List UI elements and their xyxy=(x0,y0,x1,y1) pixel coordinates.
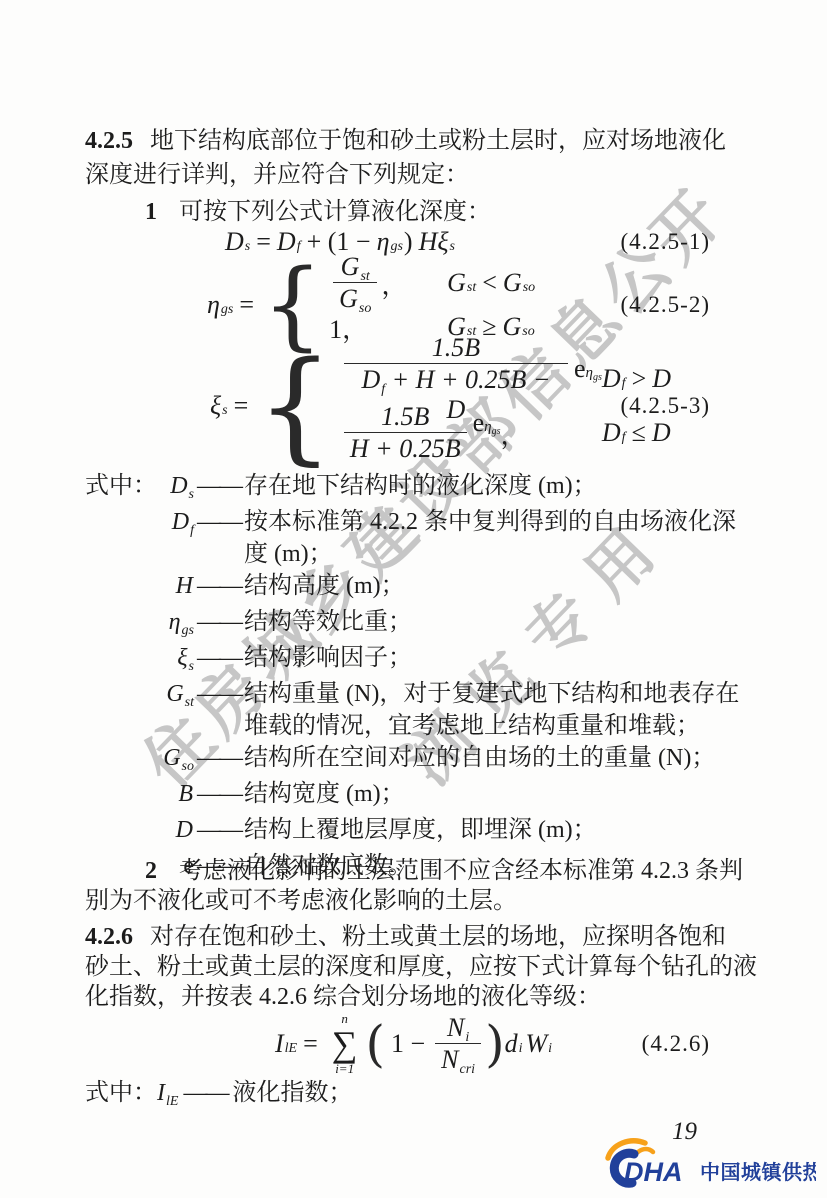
clause-4-2-5: 4.2.5地下结构底部位于饱和砂土或粉土层时，应对场地液化 深度进行详判，并应符… xyxy=(85,124,748,192)
definition-row: ηgs —— 结构等效比重； xyxy=(85,606,748,642)
formula-label: (4.2.5-2) xyxy=(621,292,710,318)
dha-logo-graphic: DHA 中国城镇供热协会 xyxy=(598,1136,816,1190)
definition-row: 式中： Ds —— 存在地下结构时的液化深度 (m)； xyxy=(85,470,748,506)
fraction: 1.5B H + 0.25B xyxy=(344,402,467,464)
fraction: Ni Ncri xyxy=(435,1013,481,1075)
clause-4-2-6: 4.2.6对存在饱和砂土、粉土或黄土层的场地，应探明各饱和 砂土、粉土或黄土层的… xyxy=(85,922,748,1012)
clause-4-2-5-item-2: 2考虑液化影响的土层范围不应含经本标准第 4.2.3 条判 别为不液化或可不考虑… xyxy=(85,856,748,916)
definition-row: Gst —— 结构重量 (N)，对于复建式地下结构和地表存在堆载的情况，宜考虑地… xyxy=(85,678,748,742)
definition-row: Df —— 按本标准第 4.2.2 条中复判得到的自由场液化深度 (m)； xyxy=(85,506,748,570)
item-number: 2 xyxy=(145,858,157,884)
clause-number: 4.2.6 xyxy=(85,924,133,950)
definition-row: B —— 结构宽度 (m)； xyxy=(85,778,748,814)
formula-label: (4.2.5-3) xyxy=(621,393,710,419)
definition-row: ξs —— 结构影响因子； xyxy=(85,642,748,678)
definition-row: Gso —— 结构所在空间对应的自由场的土的重量 (N)； xyxy=(85,742,748,778)
clause-4-2-5-line-1: 4.2.5地下结构底部位于饱和砂土或粉土层时，应对场地液化 xyxy=(85,124,748,158)
symbol-definitions: 式中： Ds —— 存在地下结构时的液化深度 (m)； Df —— 按本标准第 … xyxy=(85,470,748,882)
formula-4-2-6-note: 式中： IlE —— 液化指数； xyxy=(85,1078,748,1112)
curly-brace: { xyxy=(256,345,334,467)
logo-arc-icon xyxy=(638,1149,653,1152)
clause-4-2-5-line-2: 深度进行详判，并应符合下列规定： xyxy=(85,158,748,192)
formula-label: (4.2.6) xyxy=(642,1031,710,1057)
logo-name: 中国城镇供热协会 xyxy=(700,1160,816,1184)
definition-row: D —— 结构上覆地层厚度，即埋深 (m)； xyxy=(85,814,748,850)
clause-text: 地下结构底部位于饱和砂土或粉土层时，应对场地液化 xyxy=(150,128,726,154)
summation: n ∑ i=1 xyxy=(332,1012,358,1077)
var: D xyxy=(225,227,244,257)
logo-abbr: DHA xyxy=(624,1157,683,1187)
clause-number: 4.2.5 xyxy=(85,128,133,154)
definition-row: H —— 结构高度 (m)； xyxy=(85,570,748,606)
formula-4-2-6: IlE = n ∑ i=1 ( 1 − Ni Ncri ) di Wi (4.2… xyxy=(85,1012,748,1076)
definitions-lead: 式中： xyxy=(85,470,158,506)
formula-4-2-5-3: ξs = { 1.5B Df + H + 0.25B − D eηgs Df>D… xyxy=(85,350,748,462)
dha-logo: DHA 中国城镇供热协会 xyxy=(598,1136,816,1195)
formula-label: (4.2.5-1) xyxy=(621,229,710,255)
document-page: 住房城乡建设部信息公开 浏览专用 4.2.5地下结构底部位于饱和砂土或粉土层时，… xyxy=(0,0,827,1198)
